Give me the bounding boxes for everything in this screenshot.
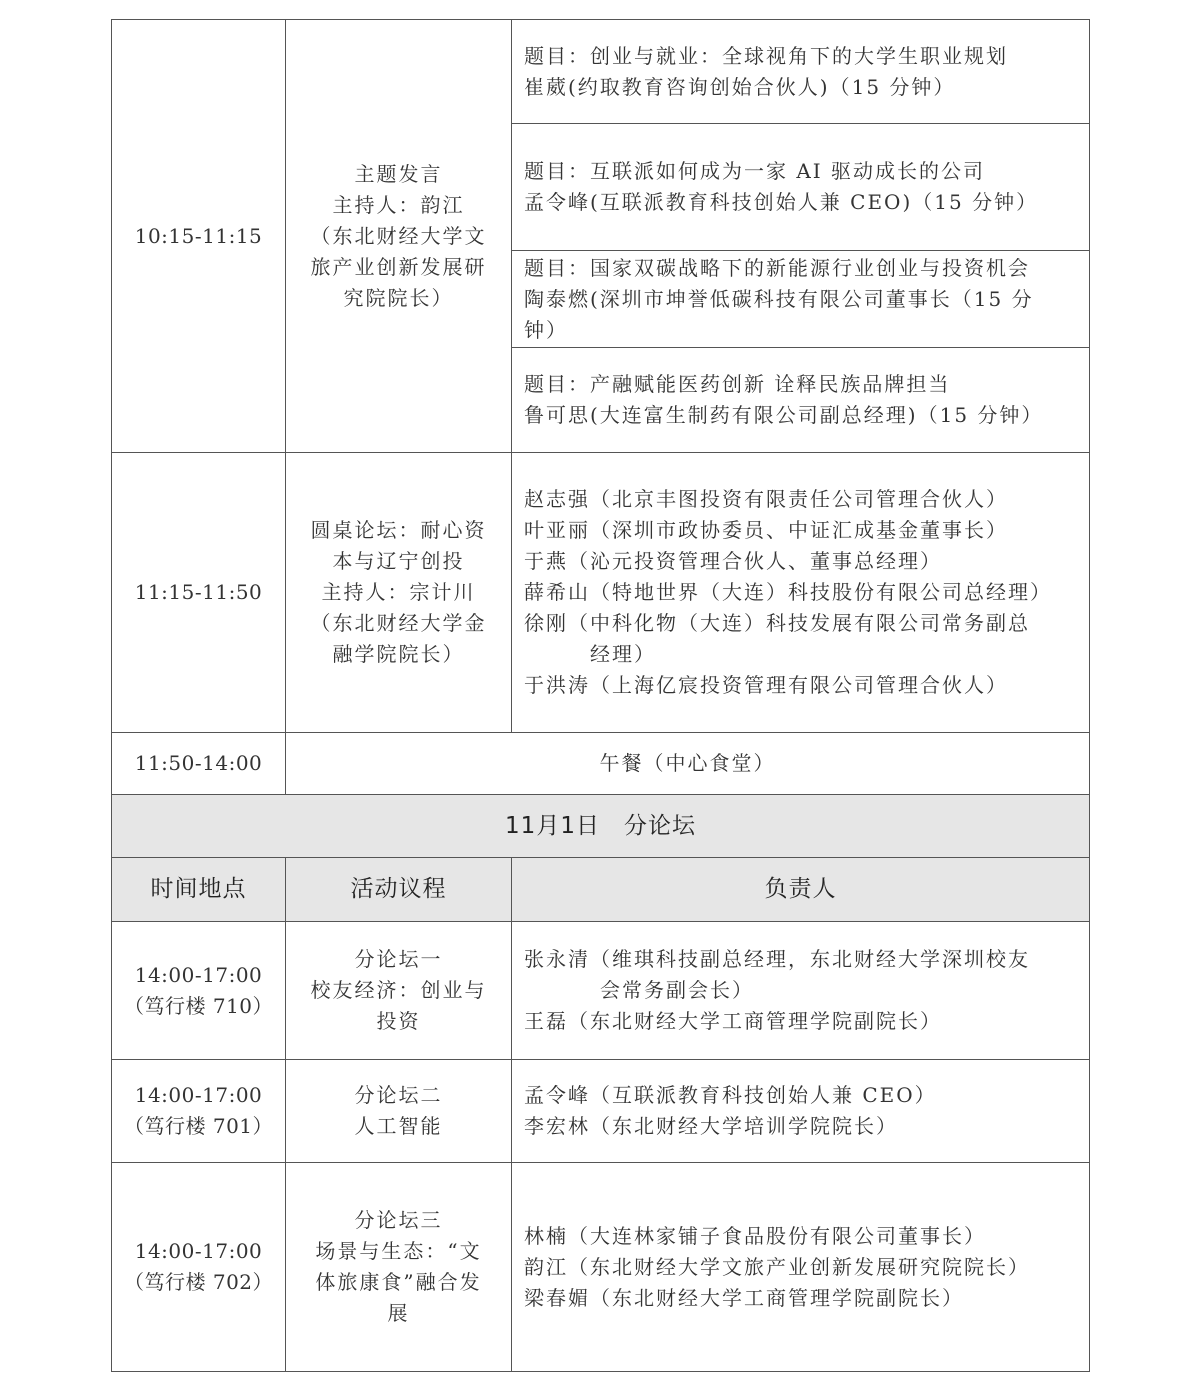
panelist: 叶亚丽（深圳市政协委员、中证汇成基金董事长） — [524, 515, 1083, 546]
section-title: 11月1日 分论坛 — [112, 795, 1090, 858]
person: 王磊（东北财经大学工商管理学院副院长） — [524, 1006, 1083, 1037]
forum-time-place: 14:00-17:00 （笃行楼 710） — [112, 922, 286, 1060]
column-header-agenda: 活动议程 — [286, 858, 512, 922]
agenda-line: 旅产业创新发展研 — [296, 252, 501, 283]
talk-speaker: 鲁可思(大连富生制药有限公司副总经理)（15 分钟） — [524, 400, 1079, 431]
forum-time: 14:00-17:00 — [112, 960, 285, 991]
panelist: 薛希山（特地世界（大连）科技股份有限公司总经理） — [524, 577, 1083, 608]
talk-speaker: 孟令峰(互联派教育科技创始人兼 CEO)（15 分钟） — [524, 187, 1079, 218]
forum-place: （笃行楼 701） — [112, 1111, 285, 1142]
person: 韵江（东北财经大学文旅产业创新发展研究院院长） — [524, 1252, 1083, 1283]
agenda-line: 融学院院长） — [296, 639, 501, 670]
panelist: 于燕（沁元投资管理合伙人、董事总经理） — [524, 546, 1083, 577]
panelist: 于洪涛（上海亿宸投资管理有限公司管理合伙人） — [524, 670, 1083, 701]
column-header-time-place: 时间地点 — [112, 858, 286, 922]
agenda-line: 校友经济：创业与 — [296, 975, 501, 1006]
panelists-cell: 赵志强（北京丰图投资有限责任公司管理合伙人） 叶亚丽（深圳市政协委员、中证汇成基… — [512, 453, 1090, 733]
forum-time: 14:00-17:00 — [112, 1236, 285, 1267]
agenda-line: 人工智能 — [296, 1111, 501, 1142]
agenda-line: 主题发言 — [296, 159, 501, 190]
forum-time-place: 14:00-17:00 （笃行楼 701） — [112, 1060, 286, 1163]
talk-title: 题目：互联派如何成为一家 AI 驱动成长的公司 — [524, 156, 1079, 187]
panelist: 赵志强（北京丰图投资有限责任公司管理合伙人） — [524, 484, 1083, 515]
agenda-line: （东北财经大学金 — [296, 608, 501, 639]
forum-place: （笃行楼 710） — [112, 991, 285, 1022]
forum-row: 14:00-17:00 （笃行楼 702） 分论坛三 场景与生态：“文 体旅康食… — [112, 1163, 1090, 1372]
talk-cell: 题目：互联派如何成为一家 AI 驱动成长的公司 孟令峰(互联派教育科技创始人兼 … — [512, 124, 1090, 251]
agenda-line: 究院院长） — [296, 283, 501, 314]
talk-cell: 题目：国家双碳战略下的新能源行业创业与投资机会 陶泰燃(深圳市坤誉低碳科技有限公… — [512, 251, 1090, 348]
agenda-line: 主持人：韵江 — [296, 190, 501, 221]
agenda-line: 圆桌论坛：耐心资 — [296, 515, 501, 546]
forum-row: 14:00-17:00 （笃行楼 701） 分论坛二 人工智能 孟令峰（互联派教… — [112, 1060, 1090, 1163]
agenda-line: 分论坛一 — [296, 944, 501, 975]
forum-agenda: 分论坛二 人工智能 — [286, 1060, 512, 1163]
column-header-row: 时间地点 活动议程 负责人 — [112, 858, 1090, 922]
agenda-table: 10:15-11:15 主题发言 主持人：韵江 （东北财经大学文 旅产业创新发展… — [111, 19, 1090, 1372]
roundtable-time: 11:15-11:50 — [112, 453, 286, 733]
forum-place: （笃行楼 702） — [112, 1267, 285, 1298]
person: 梁春媚（东北财经大学工商管理学院副院长） — [524, 1283, 1083, 1314]
keynote-time: 10:15-11:15 — [112, 20, 286, 453]
column-header-person-in-charge: 负责人 — [512, 858, 1090, 922]
agenda-line: 投资 — [296, 1006, 501, 1037]
forum-agenda: 分论坛一 校友经济：创业与 投资 — [286, 922, 512, 1060]
keynote-row: 10:15-11:15 主题发言 主持人：韵江 （东北财经大学文 旅产业创新发展… — [112, 20, 1090, 124]
talk-title: 题目：创业与就业：全球视角下的大学生职业规划 — [524, 41, 1079, 72]
talk-speaker-cont: 钟） — [524, 315, 1079, 346]
agenda-line: 主持人：宗计川 — [296, 577, 501, 608]
person: 李宏林（东北财经大学培训学院院长） — [524, 1111, 1083, 1142]
person-cont: 会常务副会长） — [524, 975, 1083, 1006]
forum-row: 14:00-17:00 （笃行楼 710） 分论坛一 校友经济：创业与 投资 张… — [112, 922, 1090, 1060]
forum-time: 14:00-17:00 — [112, 1080, 285, 1111]
lunch-row: 11:50-14:00 午餐（中心食堂） — [112, 733, 1090, 795]
forum-people: 林楠（大连林家铺子食品股份有限公司董事长） 韵江（东北财经大学文旅产业创新发展研… — [512, 1163, 1090, 1372]
agenda-line: 分论坛二 — [296, 1080, 501, 1111]
roundtable-row: 11:15-11:50 圆桌论坛：耐心资 本与辽宁创投 主持人：宗计川 （东北财… — [112, 453, 1090, 733]
lunch-time: 11:50-14:00 — [112, 733, 286, 795]
agenda-line: （东北财经大学文 — [296, 221, 501, 252]
agenda-line: 本与辽宁创投 — [296, 546, 501, 577]
agenda-line: 分论坛三 — [296, 1205, 501, 1236]
agenda-line: 体旅康食”融合发 — [296, 1267, 501, 1298]
forum-people: 孟令峰（互联派教育科技创始人兼 CEO） 李宏林（东北财经大学培训学院院长） — [512, 1060, 1090, 1163]
panelist-cont: 经理） — [524, 639, 1083, 670]
section-header-row: 11月1日 分论坛 — [112, 795, 1090, 858]
keynote-agenda: 主题发言 主持人：韵江 （东北财经大学文 旅产业创新发展研 究院院长） — [286, 20, 512, 453]
person: 张永清（维琪科技副总经理，东北财经大学深圳校友 — [524, 944, 1083, 975]
forum-people: 张永清（维琪科技副总经理，东北财经大学深圳校友 会常务副会长） 王磊（东北财经大… — [512, 922, 1090, 1060]
roundtable-agenda: 圆桌论坛：耐心资 本与辽宁创投 主持人：宗计川 （东北财经大学金 融学院院长） — [286, 453, 512, 733]
lunch-label: 午餐（中心食堂） — [286, 733, 1090, 795]
forum-agenda: 分论坛三 场景与生态：“文 体旅康食”融合发 展 — [286, 1163, 512, 1372]
person: 林楠（大连林家铺子食品股份有限公司董事长） — [524, 1221, 1083, 1252]
agenda-line: 展 — [296, 1298, 501, 1329]
talk-title: 题目：产融赋能医药创新 诠释民族品牌担当 — [524, 369, 1079, 400]
agenda-line: 场景与生态：“文 — [296, 1236, 501, 1267]
talk-title: 题目：国家双碳战略下的新能源行业创业与投资机会 — [524, 253, 1079, 284]
person: 孟令峰（互联派教育科技创始人兼 CEO） — [524, 1080, 1083, 1111]
talk-cell: 题目：创业与就业：全球视角下的大学生职业规划 崔葳(约取教育咨询创始合伙人)（1… — [512, 20, 1090, 124]
talk-speaker: 陶泰燃(深圳市坤誉低碳科技有限公司董事长（15 分 — [524, 284, 1079, 315]
talk-cell: 题目：产融赋能医药创新 诠释民族品牌担当 鲁可思(大连富生制药有限公司副总经理)… — [512, 348, 1090, 453]
talk-speaker: 崔葳(约取教育咨询创始合伙人)（15 分钟） — [524, 72, 1079, 103]
panelist: 徐刚（中科化物（大连）科技发展有限公司常务副总 — [524, 608, 1083, 639]
forum-time-place: 14:00-17:00 （笃行楼 702） — [112, 1163, 286, 1372]
